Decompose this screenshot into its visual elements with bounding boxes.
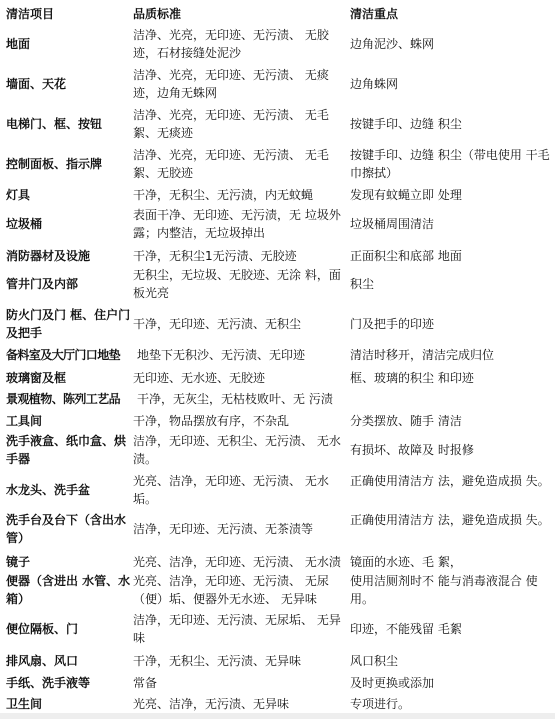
header-quality-standard: 品质标准: [133, 5, 351, 23]
row-focus: 按键手印、边缝 积尘: [350, 106, 555, 142]
row-item: 洗手台及台下（含出水管）: [6, 511, 134, 547]
row-item: 工具间: [6, 412, 134, 430]
row-item: 镜子: [6, 553, 134, 571]
row-item: 卫生间: [6, 695, 134, 713]
table-row: 工具间 干净，物品摆放有序，不杂乱 分类摆放、随手 清洁: [0, 412, 555, 430]
row-standard: 无印迹、无水迹、无胶迹: [133, 369, 351, 387]
row-standard: 光亮、洁净，无污渍、无异味: [133, 695, 351, 713]
row-focus: 框、玻璃的积尘 和印迹: [350, 369, 555, 387]
row-standard: 光亮、洁净，无印迹、无污渍、 无尿（便）垢、便器外无水迹、 无异味: [133, 572, 351, 608]
row-item: 便位隔板、门: [6, 611, 134, 647]
row-standard: 干净，物品摆放有序，不杂乱: [133, 412, 351, 430]
row-item: 管井门及内部: [6, 266, 134, 302]
row-standard: 洁净、光亮，无印迹、无污渍、 无毛絮、无痰迹: [133, 106, 351, 142]
table-row: 墙面、天花 洁净、光亮，无印迹、无污渍、 无痰迹，边角无蛛网 边角蛛网: [0, 66, 555, 102]
row-focus: 发现有蚊蝇立即 处理: [350, 186, 555, 204]
header-cleaning-focus: 清洁重点: [350, 5, 555, 23]
row-item: 垃圾桶: [6, 206, 134, 242]
table-row: 景观植物、陈列工艺品 干净，无灰尘，无枯枝败叶、无 污渍: [0, 390, 555, 408]
row-item: 洗手液盒、纸巾盒、烘手器: [6, 432, 134, 468]
row-standard: 洁净、光亮，无印迹、无污渍、 无胶迹，石材接缝处泥沙: [133, 26, 351, 62]
row-focus: 积尘: [350, 266, 555, 302]
row-standard: 光亮、洁净，无印迹、无污渍、 无水垢。: [133, 472, 351, 508]
row-item: 便器（含进出 水管、水箱）: [6, 572, 134, 608]
table-row: 镜子 光亮、洁净，无印迹、无污渍、 无水渍 镜面的水迹、毛 絮，: [0, 553, 555, 571]
row-standard: 常备: [133, 674, 351, 692]
row-standard: 干净，无积尘、无污渍，内无蚊蝇: [133, 186, 351, 204]
row-focus: 使用洁厕剂时不 能与消毒液混合 使用。: [350, 572, 555, 608]
table-row: 控制面板、指示牌 洁净、光亮，无印迹、无污渍、 无毛絮、无胶迹 按键手印、边缝 …: [0, 146, 555, 182]
row-focus: 印迹，不能残留 毛絮: [350, 611, 555, 647]
row-standard: 光亮、洁净，无印迹、无污渍、 无水渍: [133, 553, 351, 571]
row-item: 消防器材及设施: [6, 247, 134, 265]
table-row: 管井门及内部 无积尘，无垃圾、无胶迹、无涂 料，面板光亮 积尘: [0, 266, 555, 302]
table-row: 电梯门、框、按钮 洁净、光亮，无印迹、无污渍、 无毛絮、无痰迹 按键手印、边缝 …: [0, 106, 555, 142]
row-focus: 垃圾桶周围清洁: [350, 206, 555, 242]
row-item: 景观植物、陈列工艺品: [6, 390, 141, 408]
table-row: 地面 洁净、光亮，无印迹、无污渍、 无胶迹，石材接缝处泥沙 边角泥沙、蛛网: [0, 26, 555, 62]
row-focus: 门及把手的印迹: [350, 306, 555, 342]
row-standard: 表面干净、无印迹、无污渍，无 垃圾外露；内整洁，无垃圾掉出: [133, 206, 351, 242]
table-row: 水龙头、洗手盆 光亮、洁净，无印迹、无污渍、 无水垢。 正确使用清洁方 法，避免…: [0, 472, 555, 508]
table-row: 消防器材及设施 干净，无积尘1无污渍、无胶迹 正面积尘和底部 地面: [0, 247, 555, 265]
table-row: 玻璃窗及框 无印迹、无水迹、无胶迹 框、玻璃的积尘 和印迹: [0, 369, 555, 387]
row-standard: 无积尘，无垃圾、无胶迹、无涂 料，面板光亮: [133, 266, 351, 302]
header-cleaning-item: 清洁项目: [6, 5, 134, 23]
row-focus: 边角泥沙、蛛网: [350, 26, 555, 62]
row-item: 控制面板、指示牌: [6, 146, 134, 182]
row-standard: 洁净、光亮，无印迹、无污渍、 无痰迹，边角无蛛网: [133, 66, 351, 102]
row-item: 电梯门、框、按钮: [6, 106, 134, 142]
table-row: 便位隔板、门 洁净，无印迹、无污渍、无尿垢、 无异味 印迹，不能残留 毛絮: [0, 611, 555, 647]
table-row: 手纸、洗手液等 常备 及时更换或添加: [0, 674, 555, 692]
row-focus: 风口积尘: [350, 652, 555, 670]
row-standard: 洁净，无印迹、无污渍、无尿垢、 无异味: [133, 611, 351, 647]
row-item: 地面: [6, 26, 134, 62]
table-row: 便器（含进出 水管、水箱） 光亮、洁净，无印迹、无污渍、 无尿（便）垢、便器外无…: [0, 572, 555, 608]
table-row: 灯具 干净，无积尘、无污渍，内无蚊蝇 发现有蚊蝇立即 处理: [0, 186, 555, 204]
row-focus: 分类摆放、随手 清洁: [350, 412, 555, 430]
row-focus: 正面积尘和底部 地面: [350, 247, 555, 265]
row-focus: 正确使用清洁方 法，避免造成损 失。: [350, 511, 555, 529]
row-standard: 干净，无灰尘，无枯枝败叶、无 污渍: [137, 390, 355, 408]
row-focus: 及时更换或添加: [350, 674, 555, 692]
table-row: 防火门及门 框、住户门及把手 干净，无印迹、无污渍、无积尘 门及把手的印迹: [0, 306, 555, 342]
row-item: 墙面、天花: [6, 66, 134, 102]
row-focus: 边角蛛网: [350, 66, 555, 102]
row-standard: 干净，无印迹、无污渍、无积尘: [133, 306, 351, 342]
table-row: 垃圾桶 表面干净、无印迹、无污渍，无 垃圾外露；内整洁，无垃圾掉出 垃圾桶周围清…: [0, 206, 555, 242]
row-focus: 清洁时移开，清洁完成归位: [350, 346, 555, 364]
row-standard: 地垫下无积沙、无污渍、无印迹: [137, 346, 355, 364]
row-standard: 干净，无积尘、无污渍、无异味: [133, 652, 351, 670]
row-standard: 洁净，无印迹、无污渍、无茶渍等: [133, 511, 351, 547]
row-item: 防火门及门 框、住户门及把手: [6, 306, 134, 342]
table-header-row: 清洁项目 品质标准 清洁重点: [0, 5, 555, 23]
table-row: 洗手台及台下（含出水管） 洁净，无印迹、无污渍、无茶渍等 正确使用清洁方 法，避…: [0, 511, 555, 547]
table-row: 备料室及大厅门口地垫 地垫下无积沙、无污渍、无印迹 清洁时移开，清洁完成归位: [0, 346, 555, 364]
row-item: 玻璃窗及框: [6, 369, 134, 387]
bottom-scrollbar-track[interactable]: [0, 713, 555, 719]
table-row: 卫生间 光亮、洁净，无污渍、无异味 专项进行。: [0, 695, 555, 713]
row-standard: 干净，无积尘1无污渍、无胶迹: [133, 247, 351, 265]
table-row: 排风扇、风口 干净，无积尘、无污渍、无异味 风口积尘: [0, 652, 555, 670]
row-focus: 正确使用清洁方 法，避免造成损 失。: [350, 472, 555, 490]
row-focus: 按键手印、边缝 积尘（带电使用 干毛巾擦拭）: [350, 146, 555, 182]
table-row: 洗手液盒、纸巾盒、烘手器 洁净，无印迹、无积尘、无污渍、 无水渍。 有损坏、故障…: [0, 432, 555, 468]
row-focus: 镜面的水迹、毛 絮，: [350, 553, 555, 571]
row-focus: 有损坏、故障及 时报修: [350, 432, 555, 468]
row-focus: 专项进行。: [350, 695, 555, 713]
row-item: 排风扇、风口: [6, 652, 134, 670]
row-standard: 洁净，无印迹、无积尘、无污渍、 无水渍。: [133, 432, 351, 468]
row-standard: 洁净、光亮，无印迹、无污渍、 无毛絮、无胶迹: [133, 146, 351, 182]
row-item: 水龙头、洗手盆: [6, 472, 134, 508]
row-item: 手纸、洗手液等: [6, 674, 134, 692]
row-item: 灯具: [6, 186, 134, 204]
row-item: 备料室及大厅门口地垫: [6, 346, 141, 364]
